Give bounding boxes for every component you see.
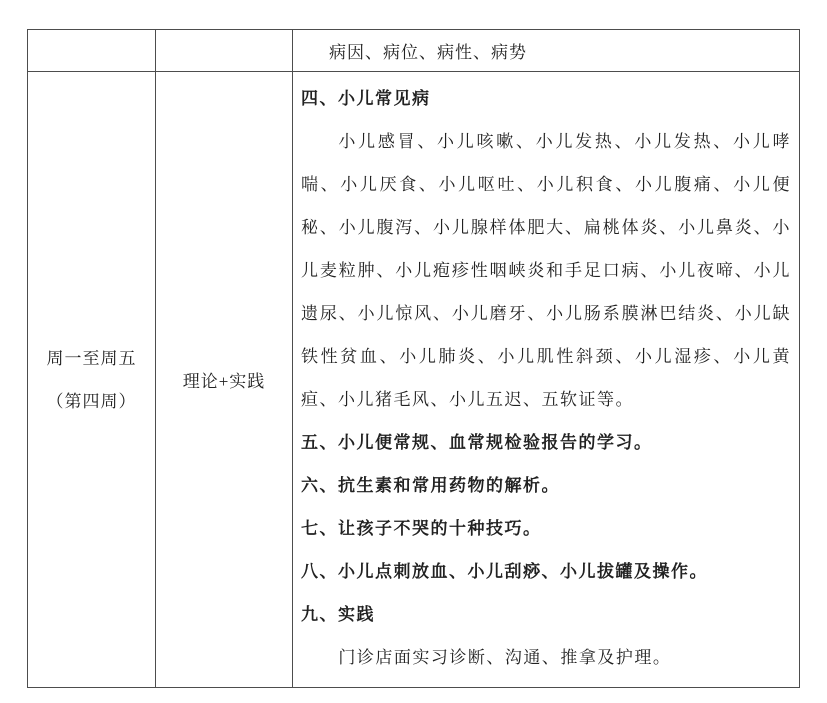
- table-row-header: 病因、病位、病性、病势: [28, 30, 800, 72]
- topic-heading-5: 五、小儿便常规、血常规检验报告的学习。: [301, 421, 791, 464]
- document-page: 病因、病位、病性、病势 周一至周五 （第四周） 理论+实践 四、小儿常见病 小儿…: [0, 0, 827, 703]
- empty-cell-method: [156, 30, 293, 72]
- method-cell: 理论+实践: [156, 72, 293, 688]
- schedule-table: 病因、病位、病性、病势 周一至周五 （第四周） 理论+实践 四、小儿常见病 小儿…: [27, 29, 800, 688]
- topic-paragraph-practice: 门诊店面实习诊断、沟通、推拿及护理。: [301, 636, 791, 679]
- topic-heading-9: 九、实践: [301, 593, 791, 636]
- table-row-main: 周一至周五 （第四周） 理论+实践 四、小儿常见病 小儿感冒、小儿咳嗽、小儿发热…: [28, 72, 800, 688]
- empty-cell-period: [28, 30, 156, 72]
- period-line2: （第四周）: [28, 380, 155, 423]
- period-line1: 周一至周五: [28, 337, 155, 380]
- header-topics-cell: 病因、病位、病性、病势: [293, 30, 800, 72]
- topic-paragraph-diseases: 小儿感冒、小儿咳嗽、小儿发热、小儿发热、小儿哮喘、小儿厌食、小儿呕吐、小儿积食、…: [301, 120, 791, 421]
- topic-heading-7: 七、让孩子不哭的十种技巧。: [301, 507, 791, 550]
- topics-cell: 四、小儿常见病 小儿感冒、小儿咳嗽、小儿发热、小儿发热、小儿哮喘、小儿厌食、小儿…: [293, 72, 800, 688]
- period-cell: 周一至周五 （第四周）: [28, 72, 156, 688]
- topic-heading-8: 八、小儿点刺放血、小儿刮痧、小儿拔罐及操作。: [301, 550, 791, 593]
- topic-heading-6: 六、抗生素和常用药物的解析。: [301, 464, 791, 507]
- topic-heading-4: 四、小儿常见病: [301, 77, 791, 120]
